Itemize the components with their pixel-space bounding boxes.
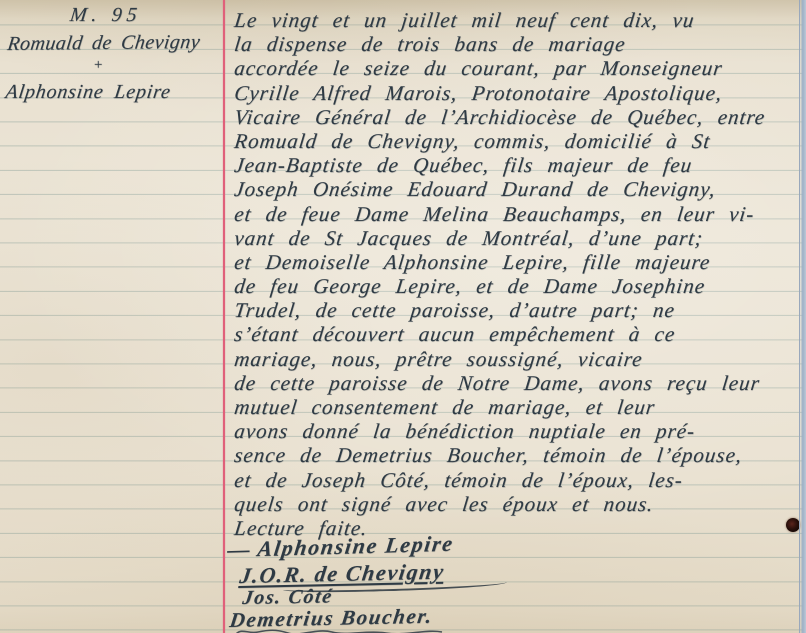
- manuscript-line: mariage, nous, prêtre soussigné, vicaire: [233, 347, 802, 371]
- manuscript-line: de feu George Lepire, et de Dame Josephi…: [233, 274, 802, 298]
- margin-bride-name: Alphonsine Lepire: [4, 81, 172, 104]
- manuscript-line: Joseph Onésime Edouard Durand de Chevign…: [233, 177, 802, 201]
- manuscript-line: Trudel, de cette paroisse, d’autre part;…: [233, 298, 802, 322]
- manuscript-line: mutuel consentement de mariage, et leur: [233, 395, 802, 419]
- margin-groom-name: Romuald de Chevigny: [6, 31, 201, 56]
- plus-sign: +: [93, 57, 103, 74]
- record-number: M. 95: [69, 4, 143, 27]
- margin-column: M. 95 Romuald de Chevigny + Alphonsine L…: [0, 0, 223, 633]
- manuscript-line: de cette paroisse de Notre Dame, avons r…: [233, 371, 802, 395]
- manuscript-line: Jean-Baptiste de Québec, fils majeur de …: [233, 153, 802, 177]
- manuscript-line: la dispense de trois bans de mariage: [233, 32, 802, 56]
- manuscript-line: et de feue Dame Melina Beauchamps, en le…: [233, 202, 802, 226]
- manuscript-line: quels ont signé avec les époux et nous.: [233, 492, 802, 516]
- page-edge-strip: [799, 0, 806, 633]
- manuscript-body: Le vingt et un juillet mil neuf cent dix…: [233, 8, 799, 540]
- manuscript-line: Vicaire Général de l’Archidiocèse de Qué…: [233, 105, 802, 129]
- manuscript-line: accordée le seize du courant, par Monsei…: [233, 56, 802, 80]
- margin-rule-line: [223, 0, 225, 633]
- manuscript-line: s’étant découvert aucun empêchement à ce: [233, 322, 802, 346]
- manuscript-line: Le vingt et un juillet mil neuf cent dix…: [233, 8, 802, 32]
- manuscript-line: avons donné la bénédiction nuptiale en p…: [233, 419, 802, 443]
- manuscript-line: Romuald de Chevigny, commis, domicilié à…: [233, 129, 802, 153]
- manuscript-line: vant de St Jacques de Montréal, d’une pa…: [233, 226, 802, 250]
- manuscript-line: sence de Demetrius Boucher, témoin de l’…: [233, 443, 802, 467]
- ink-blot-hole: [786, 518, 800, 532]
- manuscript-line: et Demoiselle Alphonsine Lepire, fille m…: [233, 250, 802, 274]
- manuscript-line: Cyrille Alfred Marois, Protonotaire Apos…: [233, 81, 802, 105]
- register-page: M. 95 Romuald de Chevigny + Alphonsine L…: [0, 0, 806, 633]
- manuscript-line: et de Joseph Côté, témoin de l’époux, le…: [233, 468, 802, 492]
- partial-signature-stroke: [234, 627, 444, 633]
